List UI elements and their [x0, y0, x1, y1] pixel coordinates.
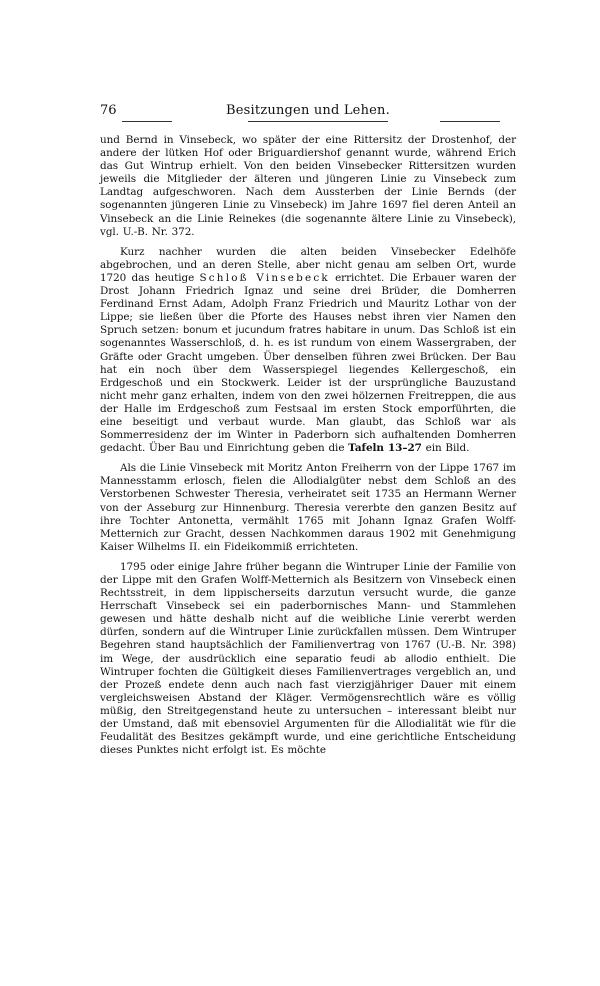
- paragraph-2: Kurz nachher wurden die alten beiden Vin…: [100, 246, 516, 456]
- paragraph-text: Das Schloß ist ein sogenanntes Wassersch…: [100, 324, 516, 454]
- header-rule-center: [248, 121, 388, 122]
- paragraph-text: und Bernd in Vinsebeck, wo später der ei…: [100, 134, 516, 238]
- running-head: 76 Besitzungen und Lehen.: [100, 100, 516, 122]
- latin-quote: bonum et jucundum fratres habitare in un…: [183, 325, 415, 336]
- running-title: Besitzungen und Lehen.: [100, 100, 516, 122]
- emphasized-name: Schloß Vinsebeck: [199, 272, 329, 284]
- header-rule-right: [440, 121, 500, 122]
- paragraph-text: Als die Linie Vinsebeck mit Moritz Anton…: [100, 462, 516, 553]
- paragraph-text: enthielt. Die Wintruper fochten die Gült…: [100, 653, 516, 757]
- book-page: 76 Besitzungen und Lehen. und Bernd in V…: [100, 100, 516, 764]
- body-text: und Bernd in Vinsebeck, wo später der ei…: [100, 134, 516, 757]
- paragraph-1: und Bernd in Vinsebeck, wo später der ei…: [100, 134, 516, 239]
- plate-reference: Tafeln 13–27: [348, 442, 422, 454]
- paragraph-text: 1795 oder einige Jahre früher begann die…: [100, 561, 516, 665]
- paragraph-text: ein Bild.: [422, 442, 470, 454]
- paragraph-4: 1795 oder einige Jahre früher begann die…: [100, 561, 516, 757]
- header-rule-left: [122, 121, 172, 122]
- paragraph-3: Als die Linie Vinsebeck mit Moritz Anton…: [100, 462, 516, 554]
- latin-term: separatio feudi ab allodio: [295, 654, 437, 665]
